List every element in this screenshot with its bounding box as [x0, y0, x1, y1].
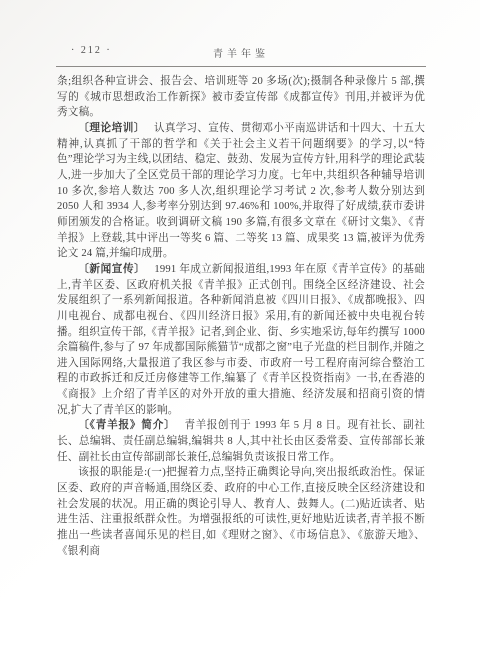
section-heading: 〔新闻宣传〕	[78, 263, 145, 275]
paragraph: 该报的职能是:(一)把握着力点,坚持正确舆论导向,突出报纸政治性。保证区委、政府…	[57, 465, 425, 559]
section-heading: 〔《青羊报》简介〕	[78, 419, 175, 431]
paragraph-text: 条;组织各种宣讲会、报告会、培训班等 20 多场(次);摄制各种录像片 5 部,…	[57, 76, 425, 118]
header-rule	[56, 66, 426, 67]
section-heading: 〔理论培训〕	[78, 122, 145, 134]
body-text: 条;组织各种宣讲会、报告会、培训班等 20 多场(次);摄制各种录像片 5 部,…	[57, 74, 425, 559]
paragraph: 〔《青羊报》简介〕青羊报创刊于 1993 年 5 月 8 日。现有社长、副社长、…	[57, 418, 425, 465]
paragraph: 条;组织各种宣讲会、报告会、培训班等 20 多场(次);摄制各种录像片 5 部,…	[57, 74, 425, 121]
paragraph: 〔理论培训〕认真学习、宣传、贯彻邓小平南巡讲话和十四大、十五大精神,认真抓了干部…	[57, 121, 425, 262]
page-header: · 212 · 青羊年鉴	[57, 45, 425, 61]
paragraph-text: 1991 年成立新闻报道组,1993 年在原《青羊宣传》的基础上,青羊区委、区政…	[57, 264, 425, 416]
book-title: 青羊年鉴	[57, 45, 425, 60]
paragraph-text: 该报的职能是:(一)把握着力点,坚持正确舆论导向,突出报纸政治性。保证区委、政府…	[57, 467, 425, 556]
scanned-yearbook-page: · 212 · 青羊年鉴 条;组织各种宣讲会、报告会、培训班等 20 多场(次)…	[0, 0, 480, 651]
paragraph: 〔新闻宣传〕1991 年成立新闻报道组,1993 年在原《青羊宣传》的基础上,青…	[57, 262, 425, 419]
paragraph-text: 认真学习、宣传、贯彻邓小平南巡讲话和十四大、十五大精神,认真抓了干部的哲学和《关…	[57, 123, 425, 259]
